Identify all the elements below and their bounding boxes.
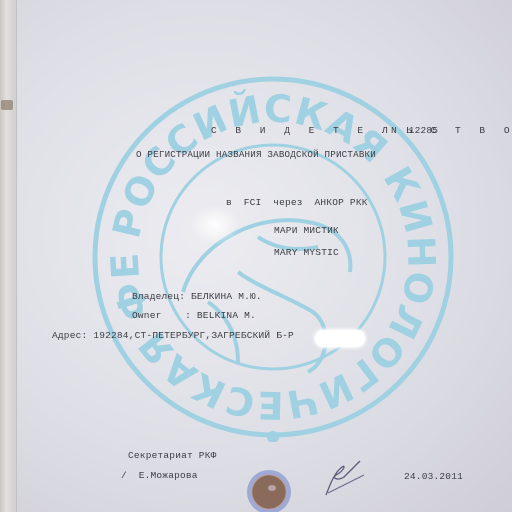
owner-en: Owner : BELKINA M. (132, 310, 256, 321)
owner-ru: Владелец: БЕЛКИНА М.Ю. (132, 291, 262, 302)
certificate-title: С В И Д Е Т Е Л Ь С Т В О (211, 125, 512, 136)
kennel-name-ru: МАРИ МИСТИК (274, 225, 339, 236)
certificate-page: РОССИЙСКАЯ КИНОЛОГИЧЕСКАЯ ФЕДЕРАЦИЯ С В … (0, 0, 512, 512)
registration-via: в FCI через АНКОР РКК (226, 197, 368, 208)
binder-mark (1, 100, 13, 110)
signature-icon (316, 455, 376, 500)
redaction-mark (315, 330, 365, 347)
hologram-seal-icon (243, 466, 295, 512)
binder-edge (0, 0, 17, 512)
certificate-subtitle: О РЕГИСТРАЦИИ НАЗВАНИЯ ЗАВОДСКОЙ ПРИСТАВ… (136, 149, 376, 160)
kennel-name-en: MARY MYSTIC (274, 247, 339, 258)
secretariat-label: Секретариат РКФ (128, 450, 217, 461)
certificate-number: N 12285 (391, 125, 438, 136)
signer-name: / Е.Можарова (121, 470, 198, 481)
light-glare (190, 205, 240, 245)
owner-address: Адрес: 192284,СТ-ПЕТЕРБУРГ,ЗАГРЕБСКИЙ Б-… (52, 330, 294, 341)
issue-date: 24.03.2011 (404, 471, 463, 482)
